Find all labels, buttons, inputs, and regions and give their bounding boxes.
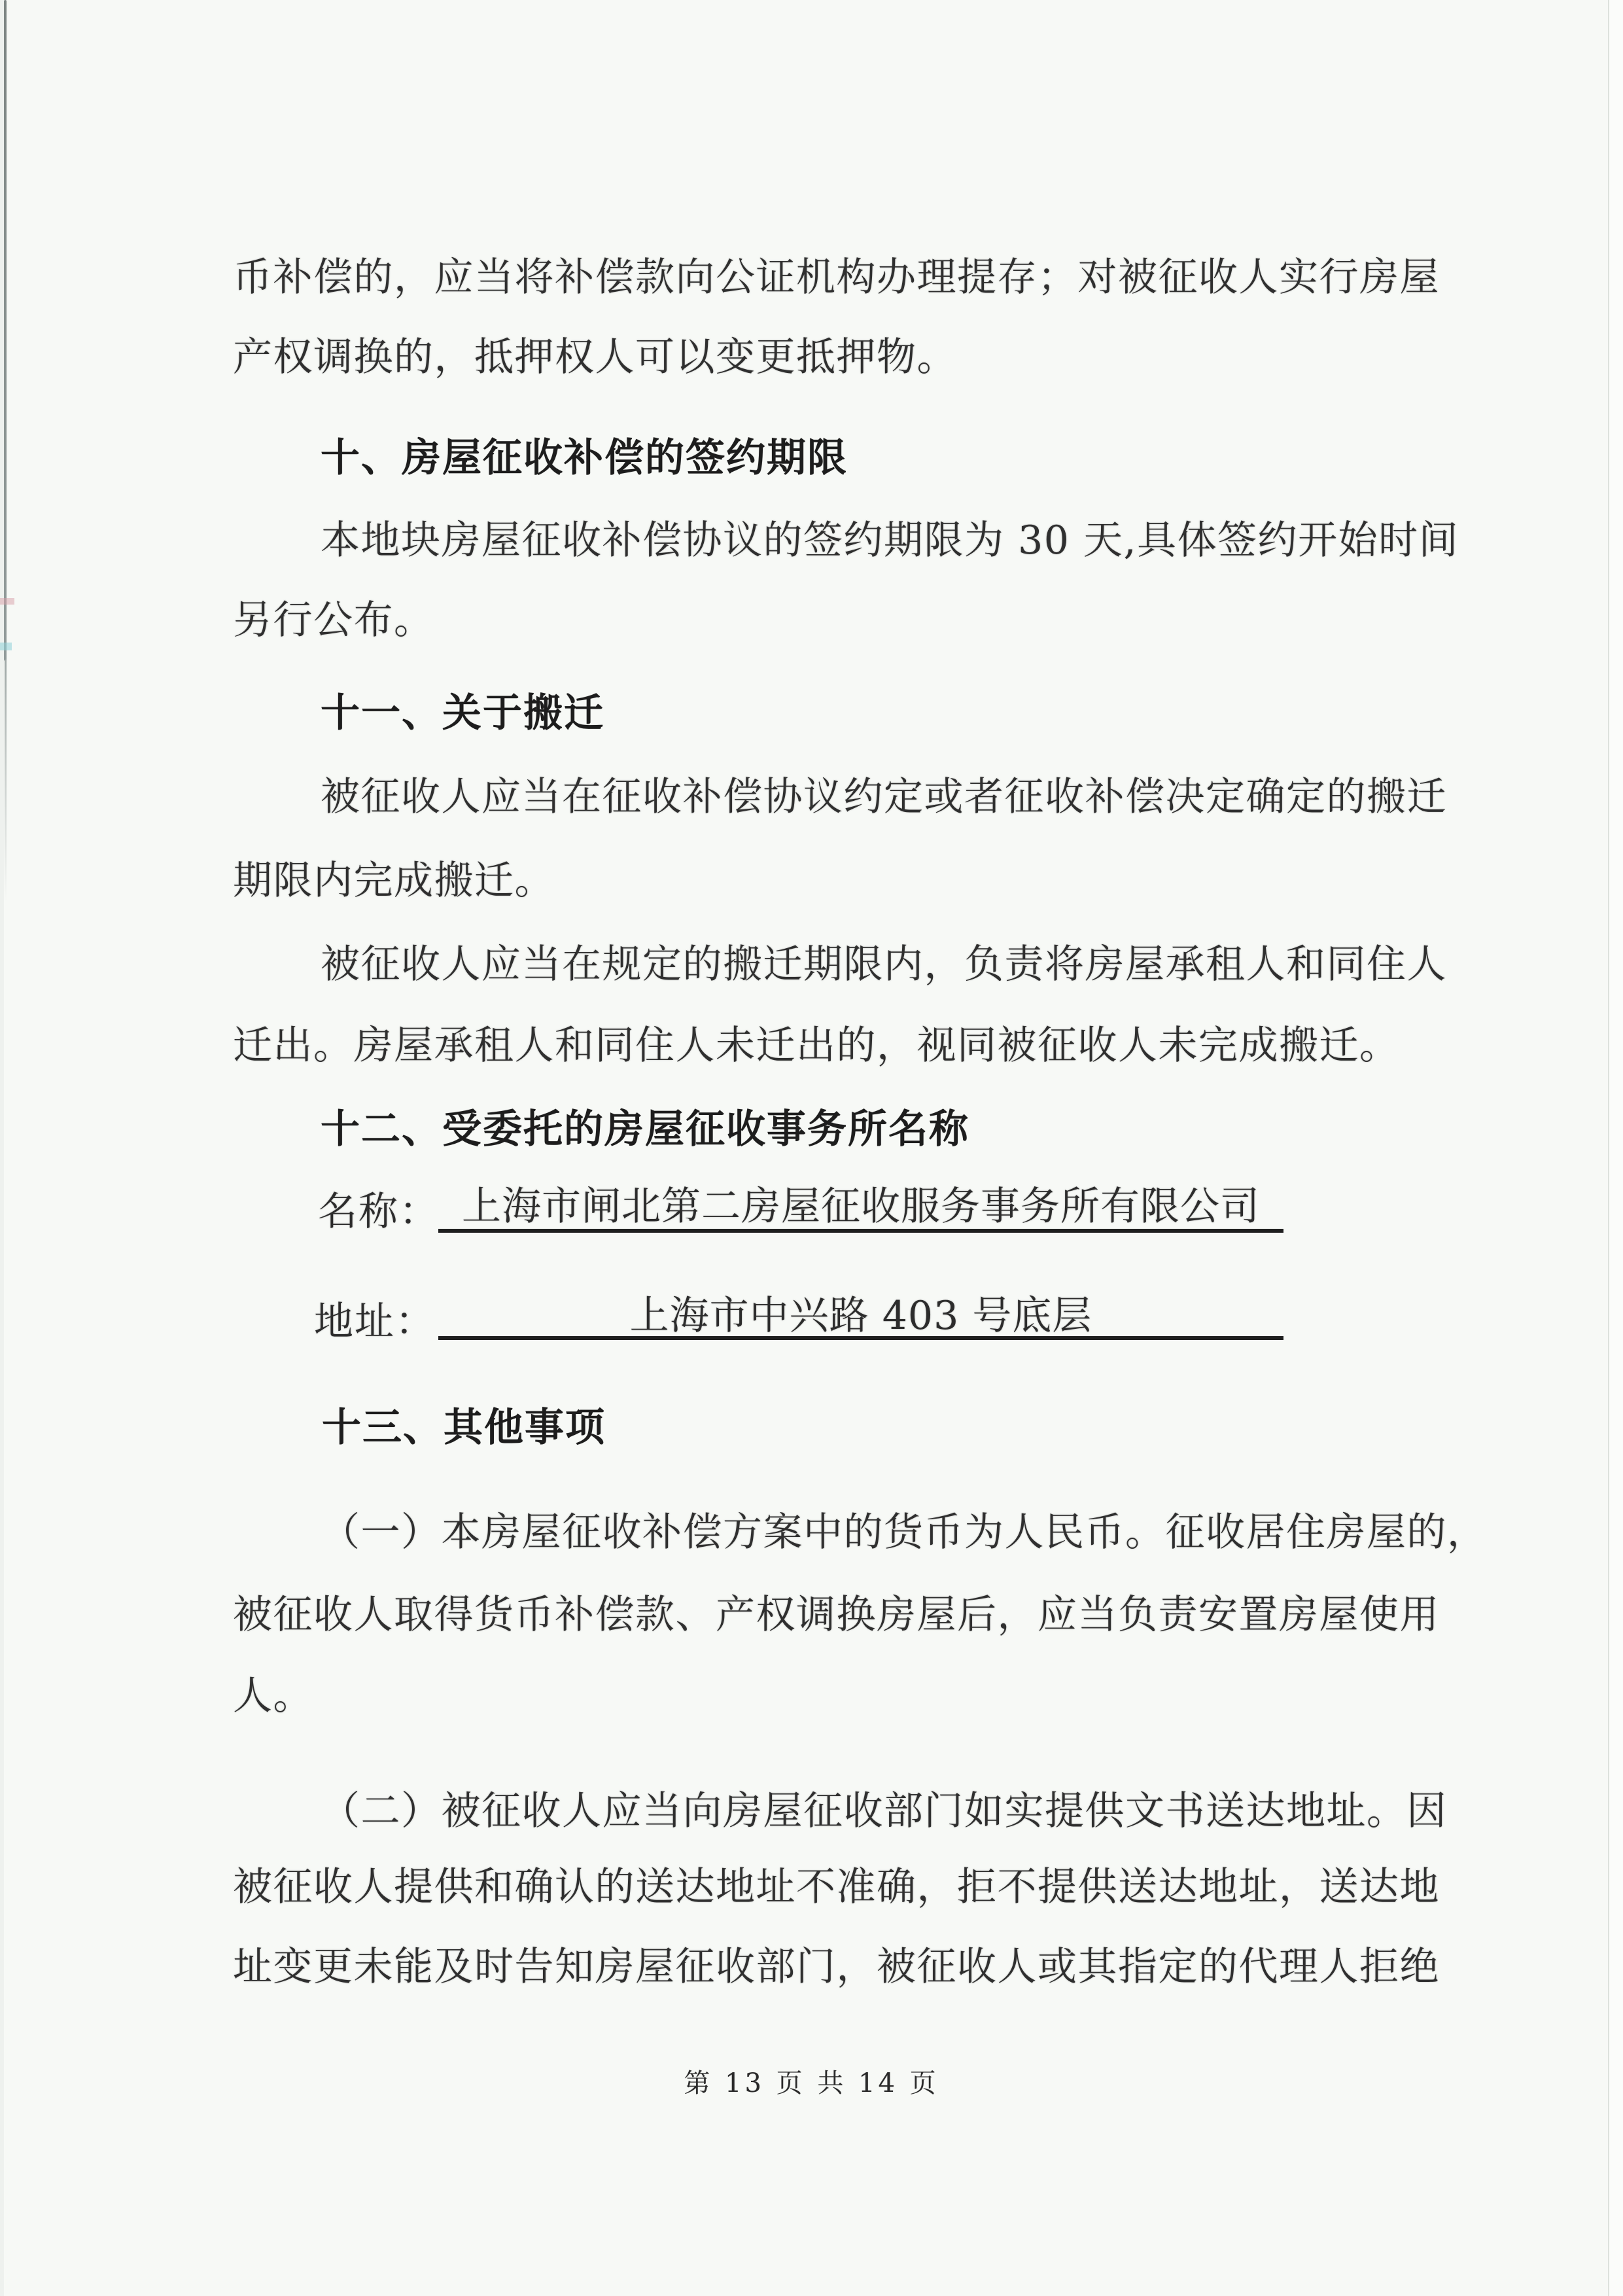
scan-pink-mark <box>0 598 14 605</box>
paragraph-line: 被征收人取得货币补偿款、产权调换房屋后，应当负责安置房屋使用 <box>233 1591 1440 1638</box>
section-heading-11: 十一、关于搬迁 <box>321 690 604 737</box>
page-number-footer: 第 13 页 共 14 页 <box>0 2062 1623 2100</box>
paragraph-line: 人。 <box>233 1672 313 1720</box>
agency-name-value: 上海市闸北第二房屋征收服务事务所有限公司 <box>438 1184 1283 1233</box>
paragraph-line: 期限内完成搬迁。 <box>233 857 555 904</box>
paragraph-line: （二）被征收人应当向房屋征收部门如实提供文书送达地址。因 <box>321 1788 1447 1835</box>
scan-right-edge-line <box>1608 0 1609 2296</box>
section-heading-10: 十、房屋征收补偿的签约期限 <box>321 434 848 482</box>
scan-cyan-mark <box>0 643 12 650</box>
paragraph-line: 本地块房屋征收补偿协议的签约期限为 30 天,具体签约开始时间 <box>321 517 1459 564</box>
agency-address-value: 上海市中兴路 403 号底层 <box>438 1296 1283 1340</box>
scan-right-strip <box>1609 0 1623 2296</box>
paragraph-line: 产权调换的，抵押权人可以变更抵押物。 <box>233 334 957 381</box>
paragraph-line: 址变更未能及时告知房屋征收部门，被征收人或其指定的代理人拒绝 <box>233 1943 1440 1990</box>
paragraph-line: 被征收人应当在征收补偿协议约定或者征收补偿决定确定的搬迁 <box>321 773 1447 821</box>
document-page: 币补偿的，应当将补偿款向公证机构办理提存；对被征收人实行房屋 产权调换的，抵押权… <box>0 0 1623 2296</box>
paragraph-line: 另行公布。 <box>233 597 434 644</box>
scan-left-edge-line <box>4 0 7 661</box>
agency-name-label: 名称： <box>318 1188 440 1235</box>
scan-left-edge-fade <box>5 660 7 902</box>
paragraph-line: 被征收人提供和确认的送达地址不准确，拒不提供送达地址，送达地 <box>233 1863 1440 1911</box>
paragraph-line: 被征收人应当在规定的搬迁期限内，负责将房屋承租人和同住人 <box>321 941 1447 988</box>
paragraph-line: 币补偿的，应当将补偿款向公证机构办理提存；对被征收人实行房屋 <box>233 254 1440 301</box>
section-heading-12: 十二、受委托的房屋征收事务所名称 <box>321 1106 969 1153</box>
section-heading-13: 十三、其他事项 <box>322 1404 606 1451</box>
agency-address-label: 地址： <box>314 1298 436 1345</box>
paragraph-line: 迁出。房屋承租人和同住人未迁出的，视同被征收人未完成搬迁。 <box>233 1022 1400 1069</box>
paragraph-line: （一）本房屋征收补偿方案中的货币为人民币。征收居住房屋的， <box>321 1509 1488 1556</box>
